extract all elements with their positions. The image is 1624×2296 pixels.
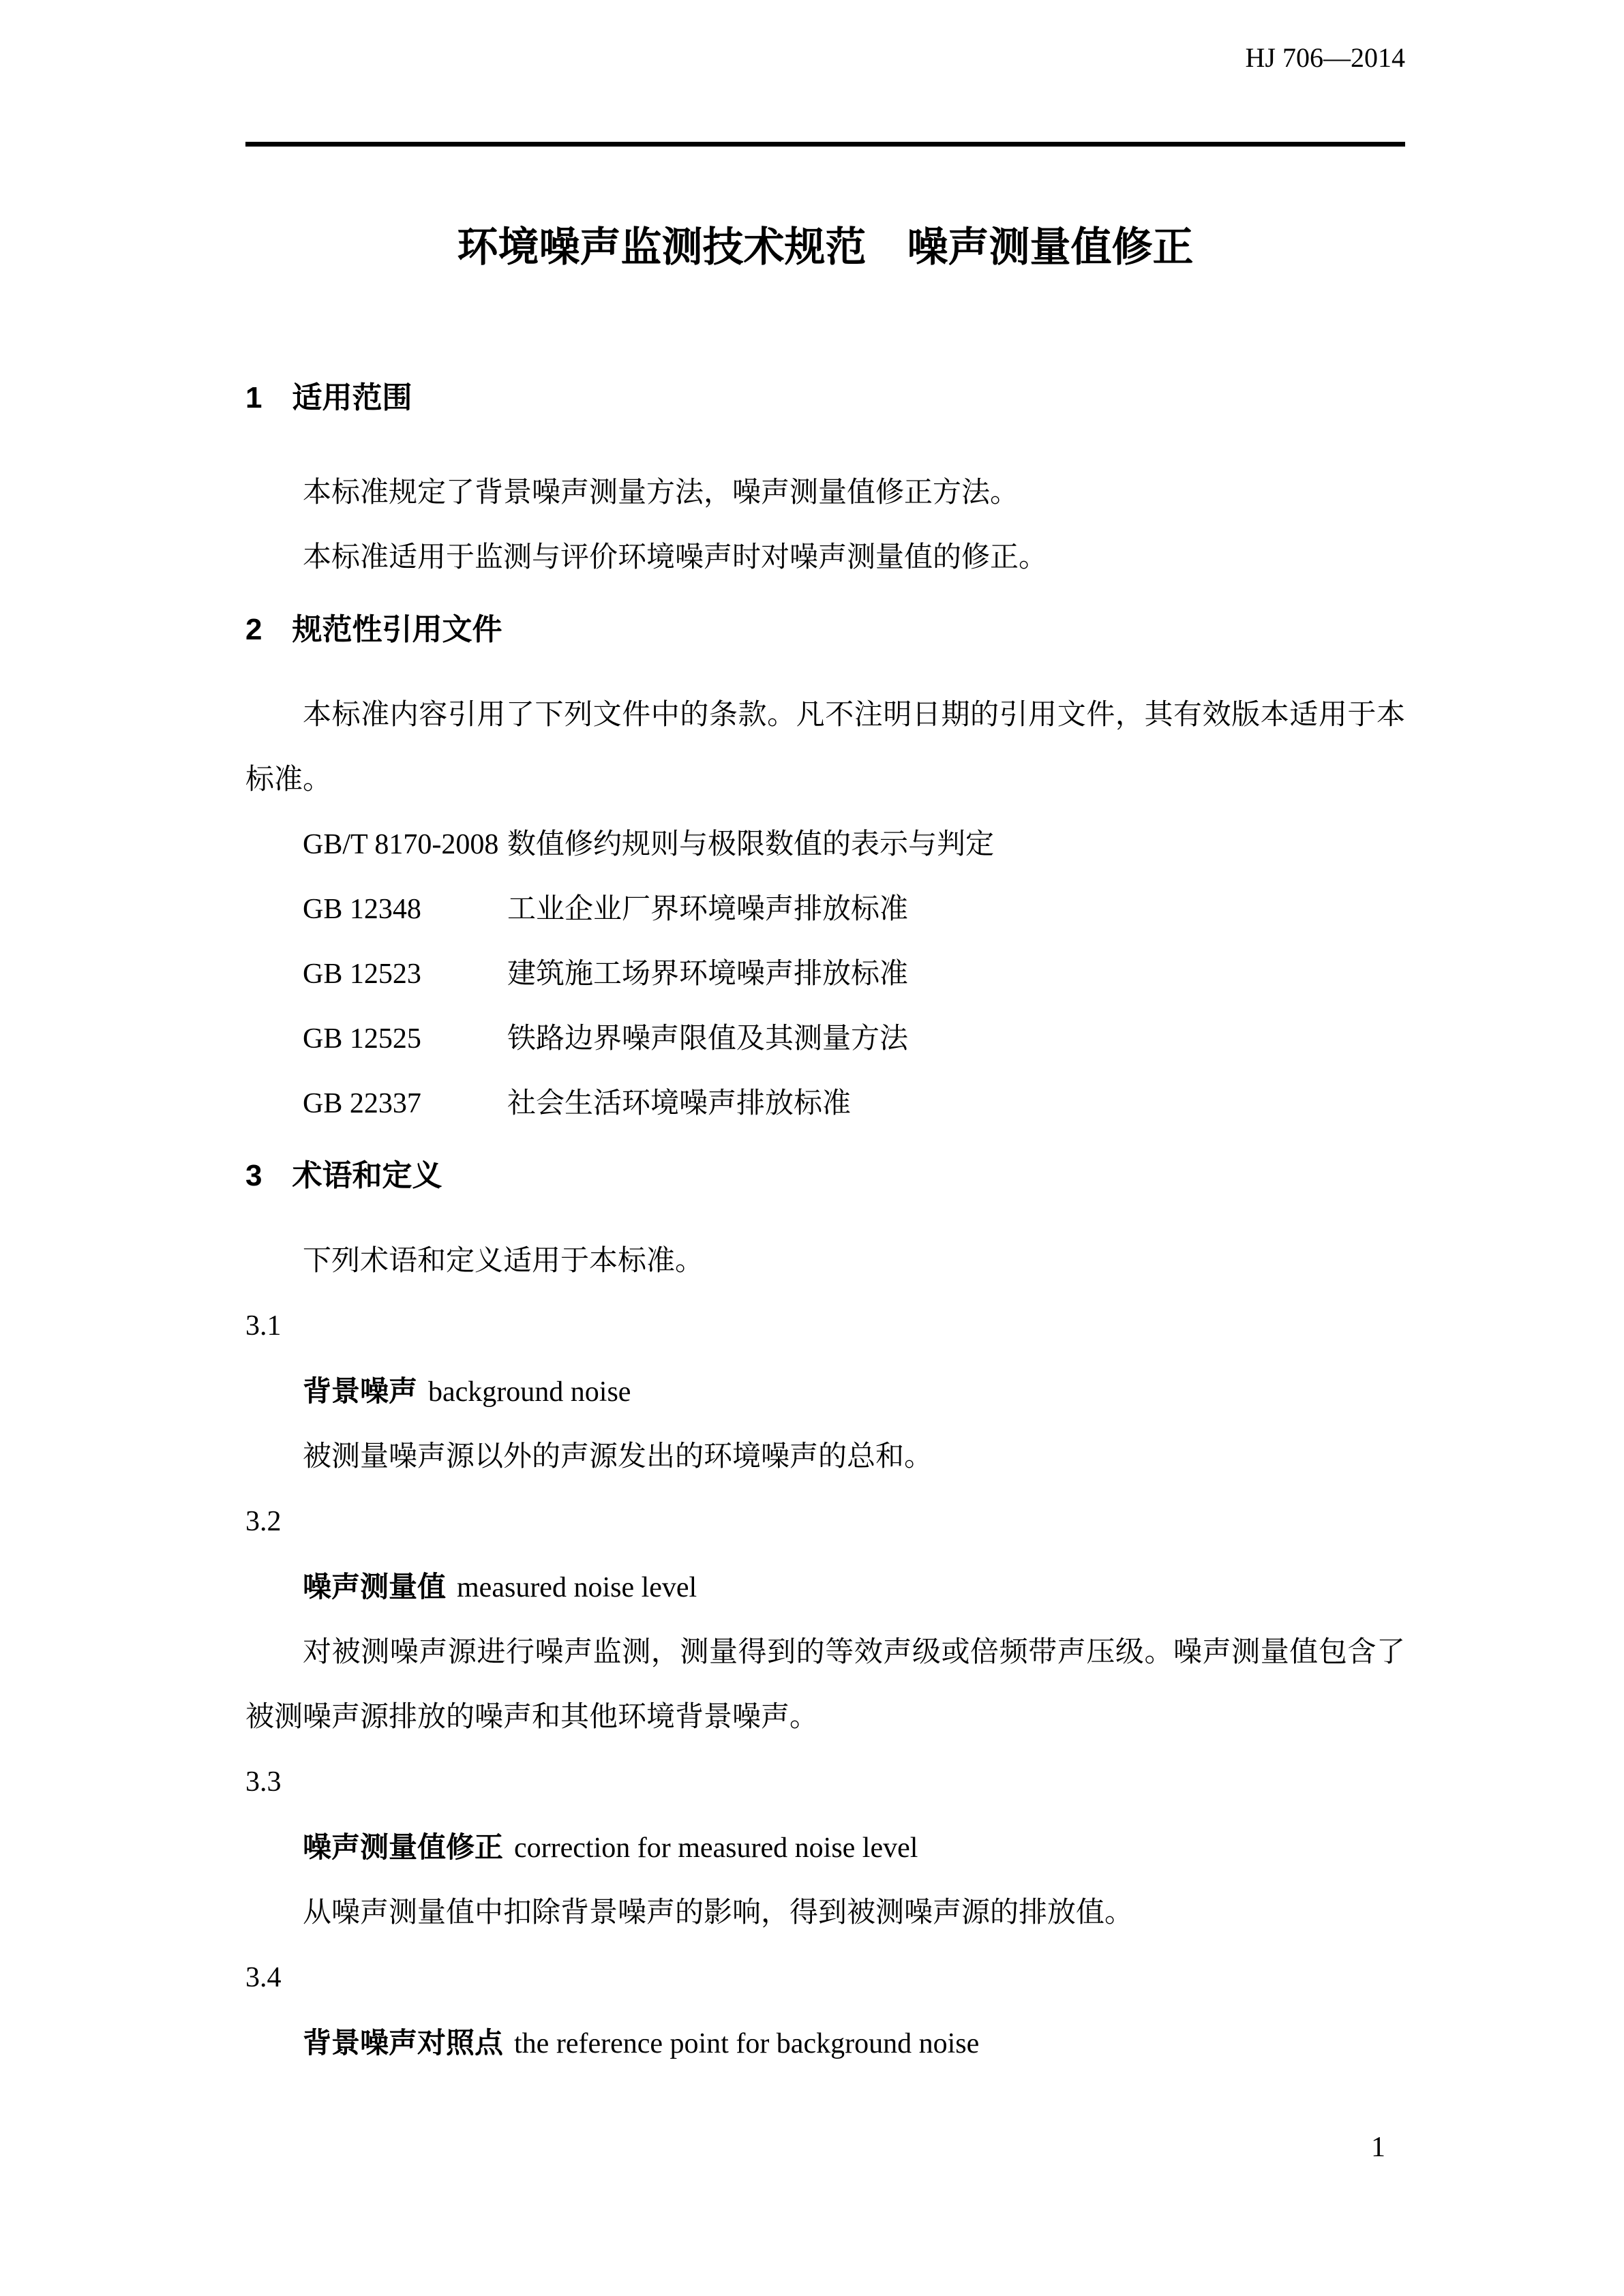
term-definition: 被测量噪声源以外的声源发出的环境噪声的总和。 (245, 1425, 1405, 1490)
reference-code: GB/T 8170-2008 (303, 813, 507, 877)
reference-title: 数值修约规则与极限数值的表示与判定 (507, 829, 994, 860)
term-en: background noise (428, 1376, 631, 1408)
section-2-intro: 本标准内容引用了下列文件中的条款。凡不注明日期的引用文件，其有效版本适用于本标准… (245, 683, 1405, 813)
section-1-paragraph-2: 本标准适用于监测与评价环境噪声时对噪声测量值的修正。 (245, 526, 1405, 590)
reference-code: GB 12525 (303, 1007, 507, 1072)
term-zh: 噪声测量值 (303, 1571, 446, 1603)
reference-title: 建筑施工场界环境噪声排放标准 (507, 958, 908, 990)
section-1-paragraph-1: 本标准规定了背景噪声测量方法，噪声测量值修正方法。 (245, 461, 1405, 526)
document-title: 环境噪声监测技术规范 噪声测量值修正 (245, 223, 1405, 272)
term-zh: 背景噪声对照点 (303, 2027, 503, 2059)
term-number: 3.3 (245, 1750, 1405, 1815)
document-page: HJ 706—2014 环境噪声监测技术规范 噪声测量值修正 1 适用范围 本标… (0, 0, 1624, 2296)
section-2-heading: 2 规范性引用文件 (245, 611, 1405, 649)
term-number: 3.4 (245, 1946, 1405, 2010)
reference-row: GB 12523建筑施工场界环境噪声排放标准 (245, 942, 1405, 1007)
term-en: measured noise level (457, 1572, 697, 1603)
term-line: 背景噪声对照点the reference point for backgroun… (245, 2010, 1405, 2076)
document-code: HJ 706—2014 (245, 41, 1405, 75)
page-number: 1 (1371, 2115, 1385, 2180)
reference-row: GB 12525铁路边界噪声限值及其测量方法 (245, 1007, 1405, 1072)
section-3-heading: 3 术语和定义 (245, 1157, 1405, 1195)
term-line: 噪声测量值修正correction for measured noise lev… (245, 1815, 1405, 1881)
term-line: 噪声测量值measured noise level (245, 1554, 1405, 1620)
section-1-heading: 1 适用范围 (245, 379, 1405, 417)
term-en: the reference point for background noise (514, 2028, 979, 2059)
reference-row: GB 12348工业企业厂界环境噪声排放标准 (245, 877, 1405, 942)
term-number: 3.2 (245, 1490, 1405, 1554)
reference-row: GB 22337社会生活环境噪声排放标准 (245, 1072, 1405, 1136)
section-3-intro: 下列术语和定义适用于本标准。 (245, 1229, 1405, 1294)
reference-code: GB 12523 (303, 942, 507, 1007)
header-rule (245, 142, 1405, 147)
term-zh: 背景噪声 (303, 1375, 417, 1407)
term-definition: 从噪声测量值中扣除背景噪声的影响，得到被测噪声源的排放值。 (245, 1881, 1405, 1946)
reference-title: 铁路边界噪声限值及其测量方法 (507, 1023, 908, 1055)
reference-row: GB/T 8170-2008数值修约规则与极限数值的表示与判定 (245, 813, 1405, 877)
reference-code: GB 12348 (303, 877, 507, 942)
reference-code: GB 22337 (303, 1072, 507, 1136)
term-en: correction for measured noise level (514, 1832, 918, 1864)
term-definition: 对被测噪声源进行噪声监测，测量得到的等效声级或倍频带声压级。噪声测量值包含了被测… (245, 1620, 1405, 1750)
term-number: 3.1 (245, 1294, 1405, 1359)
reference-title: 社会生活环境噪声排放标准 (507, 1088, 851, 1119)
reference-title: 工业企业厂界环境噪声排放标准 (507, 894, 908, 925)
term-zh: 噪声测量值修正 (303, 1831, 503, 1863)
term-line: 背景噪声background noise (245, 1359, 1405, 1425)
